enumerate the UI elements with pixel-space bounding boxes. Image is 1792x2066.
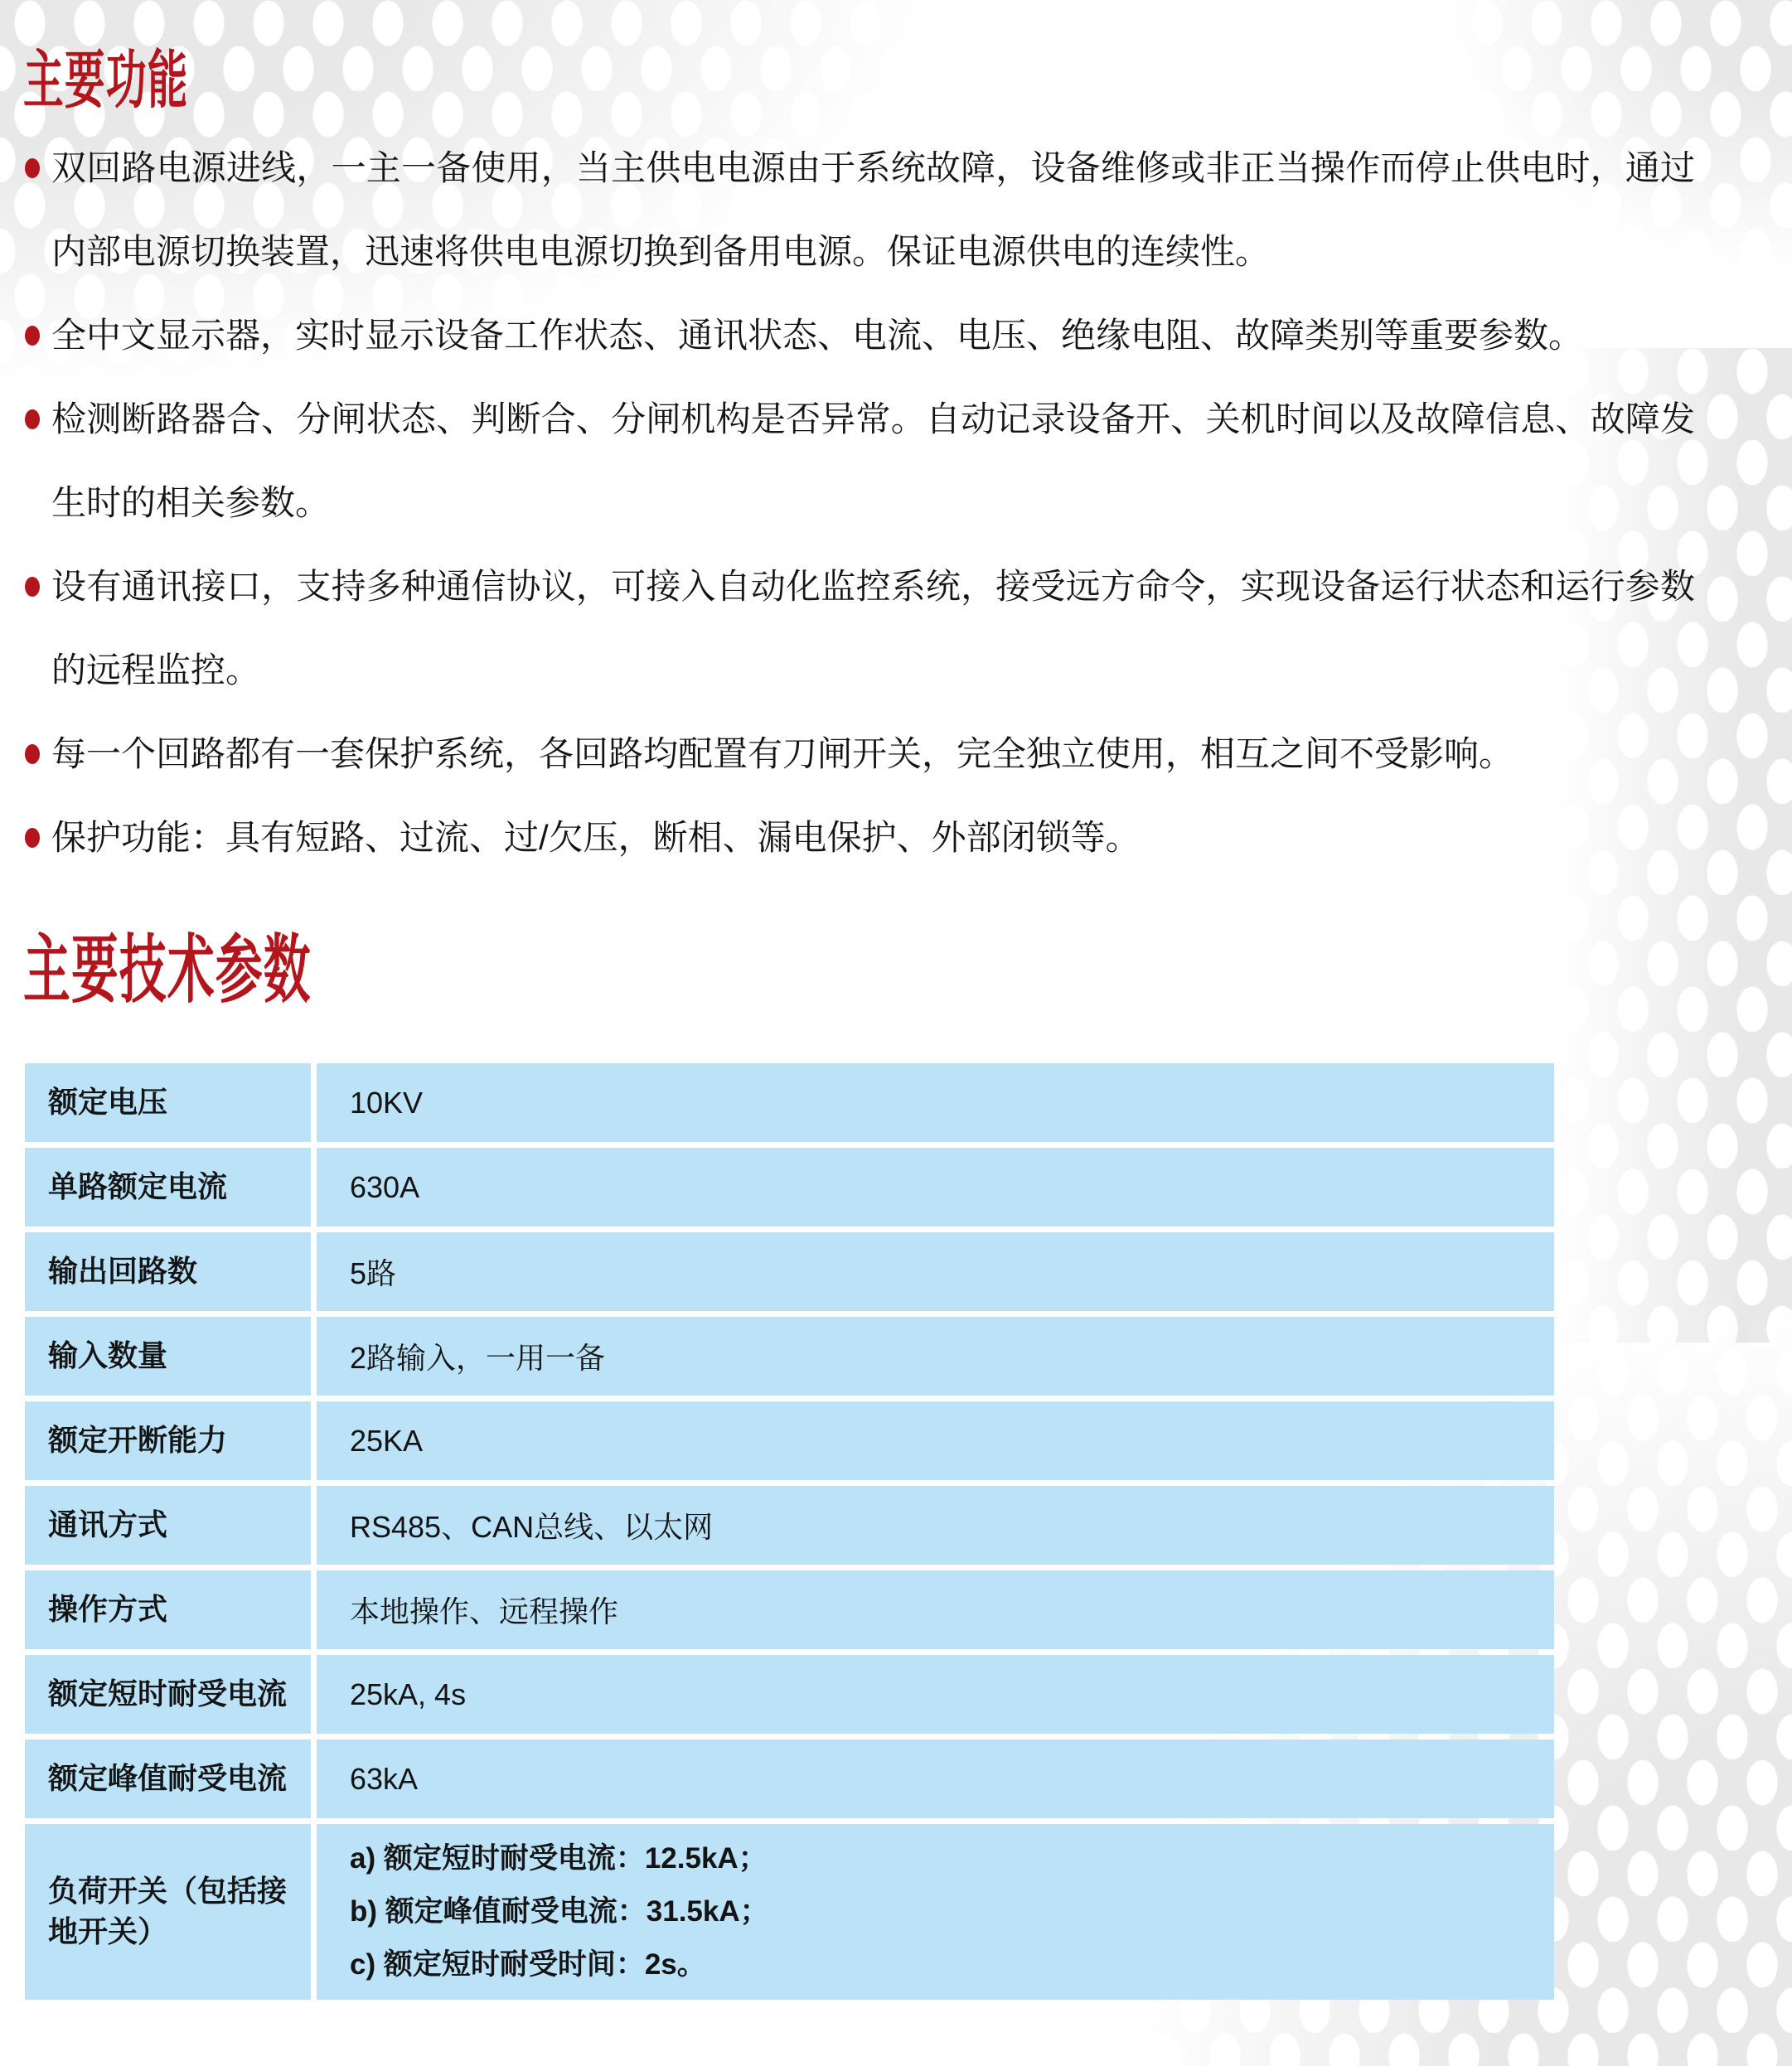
brochure-page: { "colors":{ "accent_red":"#b2151b", "ta… [0, 0, 1792, 2066]
spec-label: 额定开断能力 [25, 1401, 311, 1480]
feature-item: 全中文显示器，实时显示设备工作状态、通讯状态、电流、电压、绝缘电阻、故障类别等重… [25, 293, 1695, 377]
spec-label: 输出回路数 [25, 1232, 311, 1311]
spec-value: 2路输入，一用一备 [317, 1317, 1554, 1396]
spec-value: 25KA [317, 1401, 1554, 1480]
spec-label: 额定短时耐受电流 [25, 1655, 311, 1734]
spec-value: 10KV [317, 1063, 1554, 1142]
spec-value: 25kA, 4s [317, 1655, 1554, 1734]
feature-item: 每一个回路都有一套保护系统，各回路均配置有刀闸开关，完全独立使用，相互之间不受影… [25, 712, 1695, 796]
spec-label: 输入数量 [25, 1317, 311, 1396]
spec-value-line: c) 额定短时耐受时间：2s。 [350, 1938, 706, 1991]
specs-table: 额定电压 10KV 单路额定电流 630A 输出回路数 5路 输入数量 2路输入… [25, 1063, 1554, 2000]
spec-value: 本地操作、远程操作 [317, 1570, 1554, 1649]
spec-label: 通讯方式 [25, 1486, 311, 1565]
spec-label: 负荷开关（包括接地开关） [25, 1824, 311, 2000]
spec-label: 额定峰值耐受电流 [25, 1739, 311, 1818]
spec-label: 单路额定电流 [25, 1148, 311, 1227]
spec-label: 额定电压 [25, 1063, 311, 1142]
features-section-title: 主要功能 [23, 50, 189, 113]
specs-section-title: 主要技术参数 [23, 933, 312, 1008]
spec-value: 630A [317, 1148, 1554, 1227]
spec-value: 5路 [317, 1232, 1554, 1311]
feature-item: 双回路电源进线，一主一备使用，当主供电电源由于系统故障，设备维修或非正当操作而停… [25, 126, 1695, 293]
feature-item: 保护功能：具有短路、过流、过/欠压，断相、漏电保护、外部闭锁等。 [25, 796, 1695, 879]
spec-value-group: a) 额定短时耐受电流：12.5kA； b) 额定峰值耐受电流：31.5kA； … [317, 1824, 1554, 2000]
feature-item: 检测断路器合、分闸状态、判断合、分闸机构是否异常。自动记录设备开、关机时间以及故… [25, 377, 1695, 544]
spec-value-line: b) 额定峰值耐受电流：31.5kA； [350, 1885, 769, 1938]
spec-value-line: a) 额定短时耐受电流：12.5kA； [350, 1832, 768, 1885]
spec-value: 63kA [317, 1739, 1554, 1818]
spec-label: 操作方式 [25, 1570, 311, 1649]
features-list: 双回路电源进线，一主一备使用，当主供电电源由于系统故障，设备维修或非正当操作而停… [25, 126, 1695, 879]
feature-item: 设有通讯接口，支持多种通信协议，可接入自动化监控系统，接受远方命令，实现设备运行… [25, 544, 1695, 712]
spec-value: RS485、CAN总线、以太网 [317, 1486, 1554, 1565]
